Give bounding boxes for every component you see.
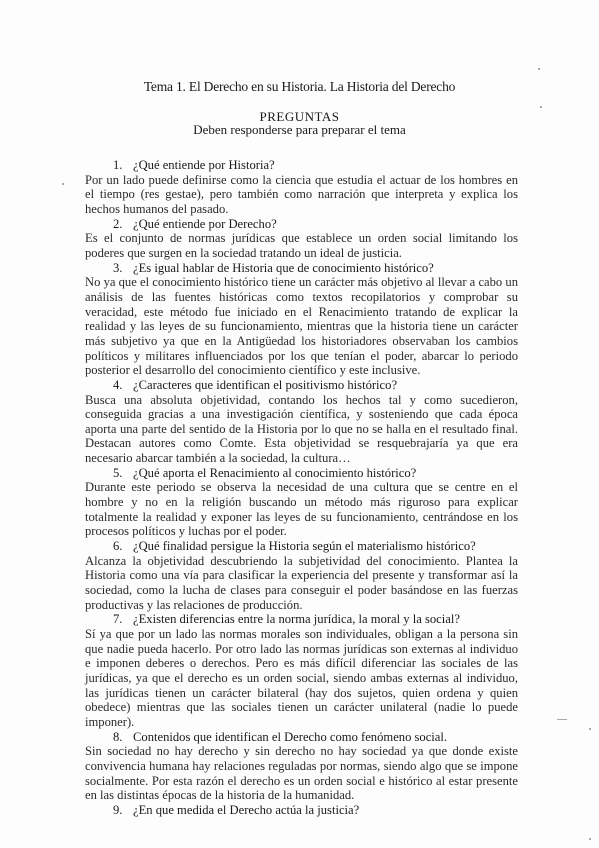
scan-speck xyxy=(538,68,540,70)
answer-2: Es el conjunto de normas jurídicas que e… xyxy=(85,231,518,260)
scanned-document-page: Tema 1. El Derecho en su Historia. La Hi… xyxy=(0,0,599,848)
answer-4: Busca una absoluta objetividad, contando… xyxy=(85,393,518,466)
question-4: 4.¿Caracteres que identifican el positiv… xyxy=(85,378,518,393)
question-8: 8.Contenidos que identifican el Derecho … xyxy=(85,730,518,745)
scan-speck xyxy=(589,838,591,840)
question-3: 3.¿Es igual hablar de Historia que de co… xyxy=(85,261,518,276)
question-1: 1.¿Qué entiende por Historia? xyxy=(85,158,518,173)
scan-speck xyxy=(589,728,591,730)
scan-speck xyxy=(540,106,542,108)
answer-7: Sí ya que por un lado las normas morales… xyxy=(85,627,518,730)
question-6: 6.¿Qué finalidad persigue la Historia se… xyxy=(85,539,518,554)
answer-6: Alcanza la objetividad descubriendo la s… xyxy=(85,554,518,613)
question-2: 2.¿Qué entiende por Derecho? xyxy=(85,217,518,232)
answer-3: No ya que el conocimiento histórico tien… xyxy=(85,275,518,378)
question-7: 7.¿Existen diferencias entre la norma ju… xyxy=(85,612,518,627)
answer-8: Sin sociedad no hay derecho y sin derech… xyxy=(85,744,518,803)
scan-speck xyxy=(557,719,567,720)
questions-list: 1.¿Qué entiende por Historia? Por un lad… xyxy=(85,158,518,818)
answer-5: Durante este periodo se observa la neces… xyxy=(85,480,518,539)
answer-1: Por un lado puede definirse como la cien… xyxy=(85,173,518,217)
question-5: 5.¿Qué aporta el Renacimiento al conocim… xyxy=(85,466,518,481)
section-subheading: Deben responderse para preparar el tema xyxy=(0,122,599,138)
scan-speck xyxy=(62,183,64,185)
document-title: Tema 1. El Derecho en su Historia. La Hi… xyxy=(0,79,599,95)
question-9: 9.¿En que medida el Derecho actúa la jus… xyxy=(85,803,518,818)
